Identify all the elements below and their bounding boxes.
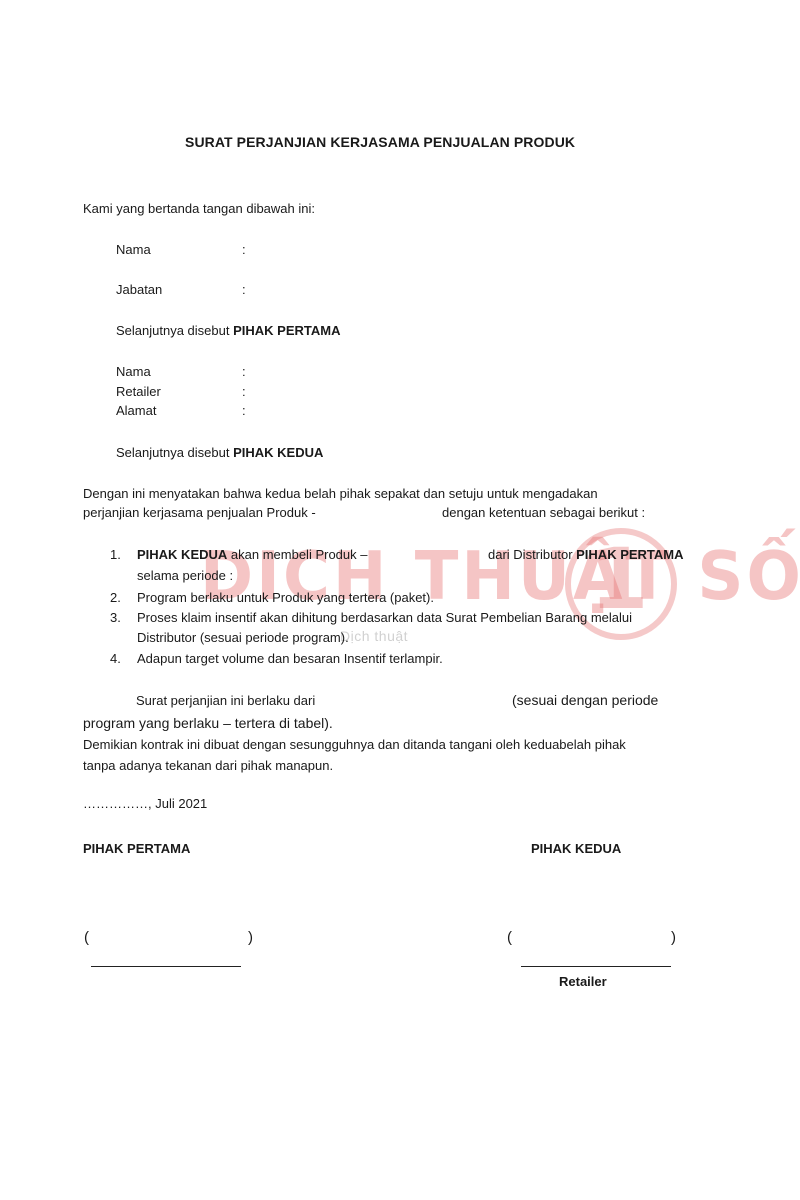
statement-line-2a: perjanjian kerjasama penjualan Produk - bbox=[83, 505, 316, 521]
intro-text: Kami yang bertanda tangan dibawah ini: bbox=[83, 201, 315, 217]
party1-ref-name: PIHAK PERTAMA bbox=[233, 323, 340, 338]
term-2-text: Program berlaku untuk Produk yang terter… bbox=[137, 590, 434, 606]
date-line: ……………, Juli 2021 bbox=[83, 796, 207, 812]
signature-heading-right: PIHAK KEDUA bbox=[531, 841, 621, 857]
signature-heading-left: PIHAK PERTAMA bbox=[83, 841, 190, 857]
term-number-2: 2. bbox=[110, 590, 121, 606]
term-1-distributor: PIHAK PERTAMA bbox=[576, 547, 683, 562]
document-title: SURAT PERJANJIAN KERJASAMA PENJUALAN PRO… bbox=[185, 134, 575, 150]
term-1-text-a: akan membeli Produk – bbox=[227, 547, 367, 562]
signature-line-left bbox=[91, 966, 241, 967]
field-colon: : bbox=[242, 242, 246, 257]
signature-close-paren-right: ) bbox=[671, 930, 676, 946]
term-1-party: PIHAK KEDUA bbox=[137, 547, 227, 562]
term-1-text-b: dari Distributor bbox=[488, 547, 576, 562]
party2-ref-prefix: Selanjutnya disebut bbox=[116, 445, 233, 460]
term-1-line-1b: dari Distributor PIHAK PERTAMA bbox=[488, 547, 684, 563]
term-number-4: 4. bbox=[110, 651, 121, 667]
term-4-text: Adapun target volume dan besaran Insenti… bbox=[137, 651, 443, 667]
field-colon: : bbox=[242, 403, 246, 418]
term-3-line-2: Distributor (sesuai periode program). bbox=[137, 630, 349, 646]
term-number-3: 3. bbox=[110, 610, 121, 626]
field-label-jabatan: Jabatan bbox=[116, 282, 162, 298]
closing-line-2: tanpa adanya tekanan dari pihak manapun. bbox=[83, 758, 333, 774]
party2-ref-name: PIHAK KEDUA bbox=[233, 445, 323, 460]
field-label-retailer: Retailer bbox=[116, 384, 161, 400]
signature-close-paren-left: ) bbox=[248, 930, 253, 946]
validity-text-a: Surat perjanjian ini berlaku dari bbox=[136, 693, 315, 709]
field-label-alamat: Alamat bbox=[116, 403, 156, 419]
field-label-nama-2: Nama bbox=[116, 364, 151, 380]
party1-reference: Selanjutnya disebut PIHAK PERTAMA bbox=[116, 323, 340, 339]
statement-line-1: Dengan ini menyatakan bahwa kedua belah … bbox=[83, 486, 598, 502]
term-3-line-1: Proses klaim insentif akan dihitung berd… bbox=[137, 610, 632, 626]
party2-reference: Selanjutnya disebut PIHAK KEDUA bbox=[116, 445, 323, 461]
field-colon: : bbox=[242, 282, 246, 297]
term-1-line-1a: PIHAK KEDUA akan membeli Produk – bbox=[137, 547, 367, 563]
watermark-subtext: Dịch thuật bbox=[340, 628, 408, 644]
term-1-line-2: selama periode : bbox=[137, 568, 233, 584]
signature-caption-right: Retailer bbox=[559, 974, 607, 990]
statement-line-2b: dengan ketentuan sebagai berikut : bbox=[442, 505, 645, 521]
field-colon: : bbox=[242, 364, 246, 379]
field-label-nama-1: Nama bbox=[116, 242, 151, 258]
signature-open-paren-right: ( bbox=[507, 930, 512, 946]
term-number-1: 1. bbox=[110, 547, 121, 563]
signature-line-right bbox=[521, 966, 671, 967]
party1-ref-prefix: Selanjutnya disebut bbox=[116, 323, 233, 338]
validity-text-b: (sesuai dengan periode bbox=[512, 692, 658, 708]
validity-line-2: program yang berlaku – tertera di tabel)… bbox=[83, 715, 333, 731]
closing-line-1: Demikian kontrak ini dibuat dengan sesun… bbox=[83, 737, 626, 753]
signature-open-paren-left: ( bbox=[84, 930, 89, 946]
field-colon: : bbox=[242, 384, 246, 399]
